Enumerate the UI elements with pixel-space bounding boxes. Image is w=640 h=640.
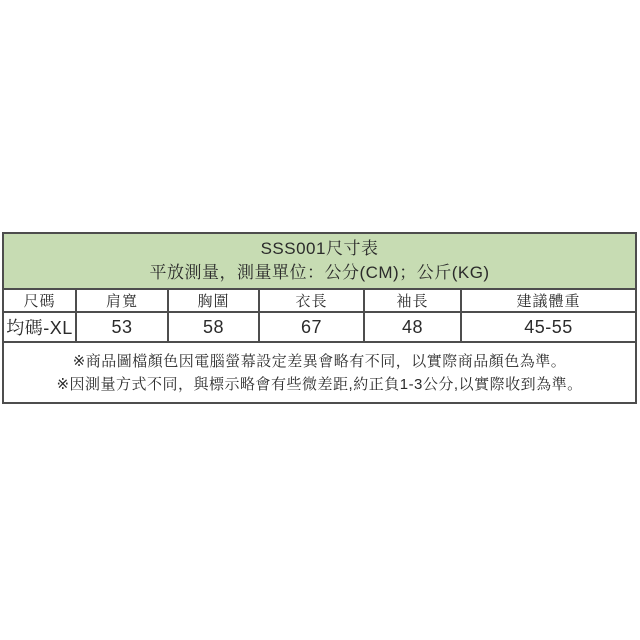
size-chart-title: SSS001尺寸表 bbox=[4, 237, 635, 261]
table-banner-cell: SSS001尺寸表 平放測量，測量單位：公分(CM)；公斤(KG) bbox=[3, 233, 636, 289]
col-header-garment-length: 衣長 bbox=[259, 289, 364, 312]
cell-sleeve-length: 48 bbox=[364, 312, 461, 342]
cell-shoulder-width: 53 bbox=[76, 312, 168, 342]
note-color-disclaimer: ※商品圖檔顏色因電腦螢幕設定差異會略有不同，以實際商品顏色為準。 bbox=[8, 350, 631, 373]
cell-size: 均碼-XL bbox=[3, 312, 76, 342]
col-header-size: 尺碼 bbox=[3, 289, 76, 312]
table-row: 均碼-XL 53 58 67 48 45-55 bbox=[3, 312, 636, 342]
cell-bust: 58 bbox=[168, 312, 259, 342]
size-chart-subtitle: 平放測量，測量單位：公分(CM)；公斤(KG) bbox=[4, 261, 635, 284]
column-header-row: 尺碼 肩寬 胸圍 衣長 袖長 建議體重 bbox=[3, 289, 636, 312]
table-notes-cell: ※商品圖檔顏色因電腦螢幕設定差異會略有不同，以實際商品顏色為準。 ※因測量方式不… bbox=[3, 342, 636, 403]
col-header-shoulder-width: 肩寬 bbox=[76, 289, 168, 312]
col-header-sleeve-length: 袖長 bbox=[364, 289, 461, 312]
cell-suggested-weight: 45-55 bbox=[461, 312, 636, 342]
product-size-chart-image: SSS001尺寸表 平放測量，測量單位：公分(CM)；公斤(KG) 尺碼 肩寬 … bbox=[0, 0, 640, 640]
size-chart-table: SSS001尺寸表 平放測量，測量單位：公分(CM)；公斤(KG) 尺碼 肩寬 … bbox=[2, 232, 637, 404]
note-measurement-disclaimer: ※因測量方式不同，與標示略會有些微差距,約正負1-3公分,以實際收到為準。 bbox=[8, 373, 631, 396]
cell-garment-length: 67 bbox=[259, 312, 364, 342]
col-header-bust: 胸圍 bbox=[168, 289, 259, 312]
table-banner-row: SSS001尺寸表 平放測量，測量單位：公分(CM)；公斤(KG) bbox=[3, 233, 636, 289]
col-header-suggested-weight: 建議體重 bbox=[461, 289, 636, 312]
table-notes-row: ※商品圖檔顏色因電腦螢幕設定差異會略有不同，以實際商品顏色為準。 ※因測量方式不… bbox=[3, 342, 636, 403]
